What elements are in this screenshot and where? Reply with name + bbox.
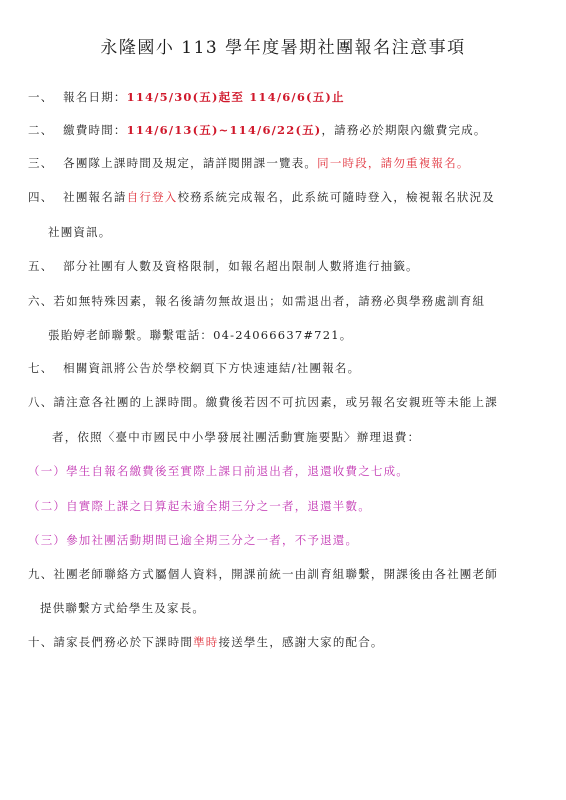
item-text: 接送學生，感謝大家的配合。 <box>219 635 384 649</box>
item-4: 四、 社團報名請自行登入校務系統完成報名，此系統可隨時登入，檢視報名狀況及 <box>28 189 495 205</box>
item-number: 十、 <box>28 635 53 649</box>
item-number: 一、 <box>28 90 53 104</box>
item-8-continuation: 者，依照〈臺中市國民中小學發展社團活動實施要點〉辦理退費： <box>52 429 420 445</box>
item-4-continuation: 社團資訊。 <box>48 224 112 240</box>
item-text: 各團隊上課時間及規定，請詳閱開課一覽表。 <box>63 156 317 170</box>
item-number: 二、 <box>28 123 53 137</box>
refund-rule-2: （二）自實際上課之日算起未逾全期三分之一者，退還半數。 <box>28 498 371 514</box>
self-login-emphasis: 自行登入 <box>127 190 178 204</box>
item-text: 報名日期： <box>63 90 127 104</box>
item-number: 三、 <box>28 156 53 170</box>
item-5: 五、 部分社團有人數及資格限制，如報名超出限制人數將進行抽籤。 <box>28 258 419 274</box>
item-9-continuation: 提供聯繫方式給學生及家長。 <box>40 600 205 616</box>
item-text: ，請務必於期限內繳費完成。 <box>321 123 486 137</box>
item-text: 社團報名請 <box>63 190 127 204</box>
document-title: 永隆國小 113 學年度暑期社團報名注意事項 <box>0 33 566 58</box>
item-number: 八、 <box>28 395 53 409</box>
item-6-continuation: 張貽婷老師聯繫。聯繫電話：04-24066637#721。 <box>48 327 352 343</box>
item-number: 四、 <box>28 190 53 204</box>
registration-dates: 114/5/30(五)起至 114/6/6(五)止 <box>127 90 345 104</box>
item-text: 若如無特殊因素，報名後請勿無故退出；如需退出者，請務必與學務處訓育組 <box>53 294 485 308</box>
item-number: 七、 <box>28 361 53 375</box>
payment-dates: 114/6/13(五)~114/6/22(五) <box>127 123 322 137</box>
item-number: 六、 <box>28 294 53 308</box>
item-text: 部分社團有人數及資格限制，如報名超出限制人數將進行抽籤。 <box>63 259 419 273</box>
refund-rule-3: （三）參加社團活動期間已逾全期三分之一者，不予退還。 <box>28 532 358 548</box>
item-text: 請家長們務必於下課時間 <box>53 635 193 649</box>
item-9: 九、社團老師聯絡方式屬個人資料，開課前統一由訓育組聯繫，開課後由各社團老師 <box>28 566 498 582</box>
item-6: 六、若如無特殊因素，報名後請勿無故退出；如需退出者，請務必與學務處訓育組 <box>28 293 485 309</box>
item-7: 七、 相關資訊將公告於學校網頁下方快速連結/社團報名。 <box>28 360 360 376</box>
item-3: 三、 各團隊上課時間及規定，請詳閱開課一覽表。同一時段，請勿重複報名。 <box>28 155 470 171</box>
item-text: 請注意各社團的上課時間。繳費後若因不可抗因素，或另報名安親班等未能上課 <box>53 395 498 409</box>
on-time-emphasis: 準時 <box>193 635 218 649</box>
item-8: 八、請注意各社團的上課時間。繳費後若因不可抗因素，或另報名安親班等未能上課 <box>28 394 498 410</box>
item-1: 一、 報名日期：114/5/30(五)起至 114/6/6(五)止 <box>28 89 345 105</box>
item-number: 五、 <box>28 259 53 273</box>
item-text: 繳費時間： <box>63 123 127 137</box>
item-10: 十、請家長們務必於下課時間準時接送學生，感謝大家的配合。 <box>28 634 384 650</box>
refund-rule-1: （一）學生自報名繳費後至實際上課日前退出者，退還收費之七成。 <box>28 463 409 479</box>
item-text: 校務系統完成報名，此系統可隨時登入，檢視報名狀況及 <box>177 190 495 204</box>
item-text: 相關資訊將公告於學校網頁下方快速連結/社團報名。 <box>63 361 360 375</box>
item-2: 二、 繳費時間：114/6/13(五)~114/6/22(五)，請務必於期限內繳… <box>28 122 487 138</box>
no-duplicate-warning: 同一時段，請勿重複報名。 <box>317 156 469 170</box>
item-number: 九、 <box>28 567 53 581</box>
item-text: 社團老師聯絡方式屬個人資料，開課前統一由訓育組聯繫，開課後由各社團老師 <box>53 567 498 581</box>
